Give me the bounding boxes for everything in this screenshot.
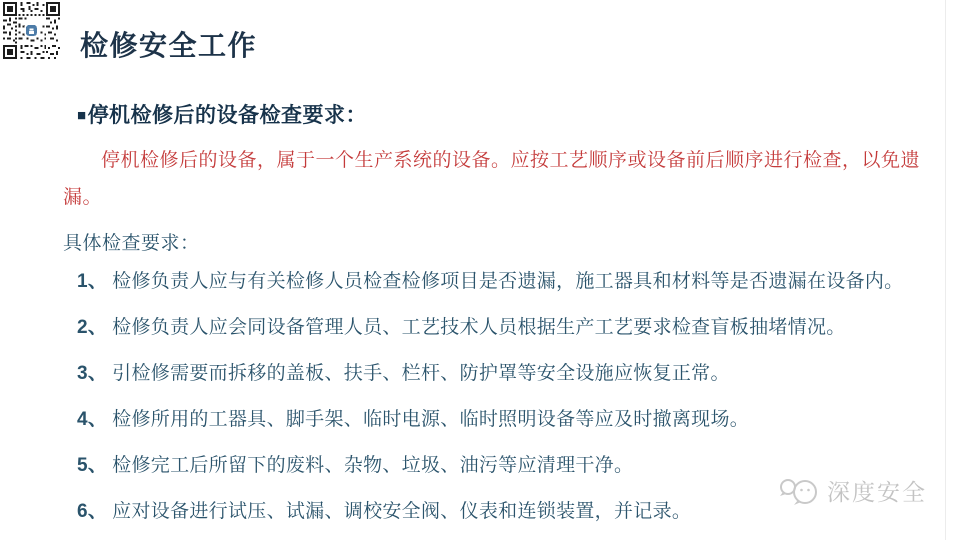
item-number: 4、 (77, 409, 107, 430)
square-bullet-icon: ■ (77, 107, 87, 124)
qr-code (3, 2, 60, 59)
presentation-slide: 检修安全工作 ■停机检修后的设备检查要求： 停机检修后的设备，属于一个生产系统的… (0, 0, 960, 540)
item-text: 检修完工后所留下的废料、杂物、垃圾、油污等应清理干净。 (112, 455, 633, 476)
page-title: 检修安全工作 (80, 24, 257, 64)
list-item: 3、引检修需要而拆移的盖板、扶手、栏杆、防护罩等安全设施应恢复正常。 (77, 351, 940, 397)
item-number: 2、 (77, 317, 107, 338)
item-number: 6、 (77, 501, 107, 522)
intro-paragraph: 停机检修后的设备，属于一个生产系统的设备。应按工艺顺序或设备前后顺序进行检查，以… (63, 142, 925, 216)
item-text: 检修负责人应与有关检修人员检查检修项目是否遗漏，施工器具和材料等是否遗漏在设备内… (112, 271, 903, 292)
qr-code-image (3, 2, 60, 59)
watermark: 深度安全 (778, 474, 927, 507)
item-text: 检修所用的工器具、脚手架、临时电源、临时照明设备等应及时撤离现场。 (112, 409, 749, 430)
section-heading-text: 停机检修后的设备检查要求： (88, 104, 368, 127)
item-text: 引检修需要而拆移的盖板、扶手、栏杆、防护罩等安全设施应恢复正常。 (112, 363, 730, 384)
item-number: 1、 (77, 271, 107, 292)
subheading: 具体检查要求： (63, 228, 200, 255)
item-number: 3、 (77, 363, 107, 384)
list-item: 2、检修负责人应会同设备管理人员、工艺技术人员根据生产工艺要求检查盲板抽堵情况。 (77, 305, 940, 351)
section-heading: ■停机检修后的设备检查要求： (77, 99, 367, 129)
chat-bubbles-logo-icon (778, 475, 820, 507)
item-number: 5、 (77, 455, 107, 476)
list-item: 4、检修所用的工器具、脚手架、临时电源、临时照明设备等应及时撤离现场。 (77, 397, 940, 443)
item-text: 检修负责人应会同设备管理人员、工艺技术人员根据生产工艺要求检查盲板抽堵情况。 (112, 317, 845, 338)
watermark-text: 深度安全 (827, 474, 927, 507)
item-text: 应对设备进行试压、试漏、调校安全阀、仪表和连锁装置，并记录。 (112, 501, 691, 522)
slide-right-edge (945, 0, 946, 540)
list-item: 1、检修负责人应与有关检修人员检查检修项目是否遗漏，施工器具和材料等是否遗漏在设… (77, 259, 940, 305)
